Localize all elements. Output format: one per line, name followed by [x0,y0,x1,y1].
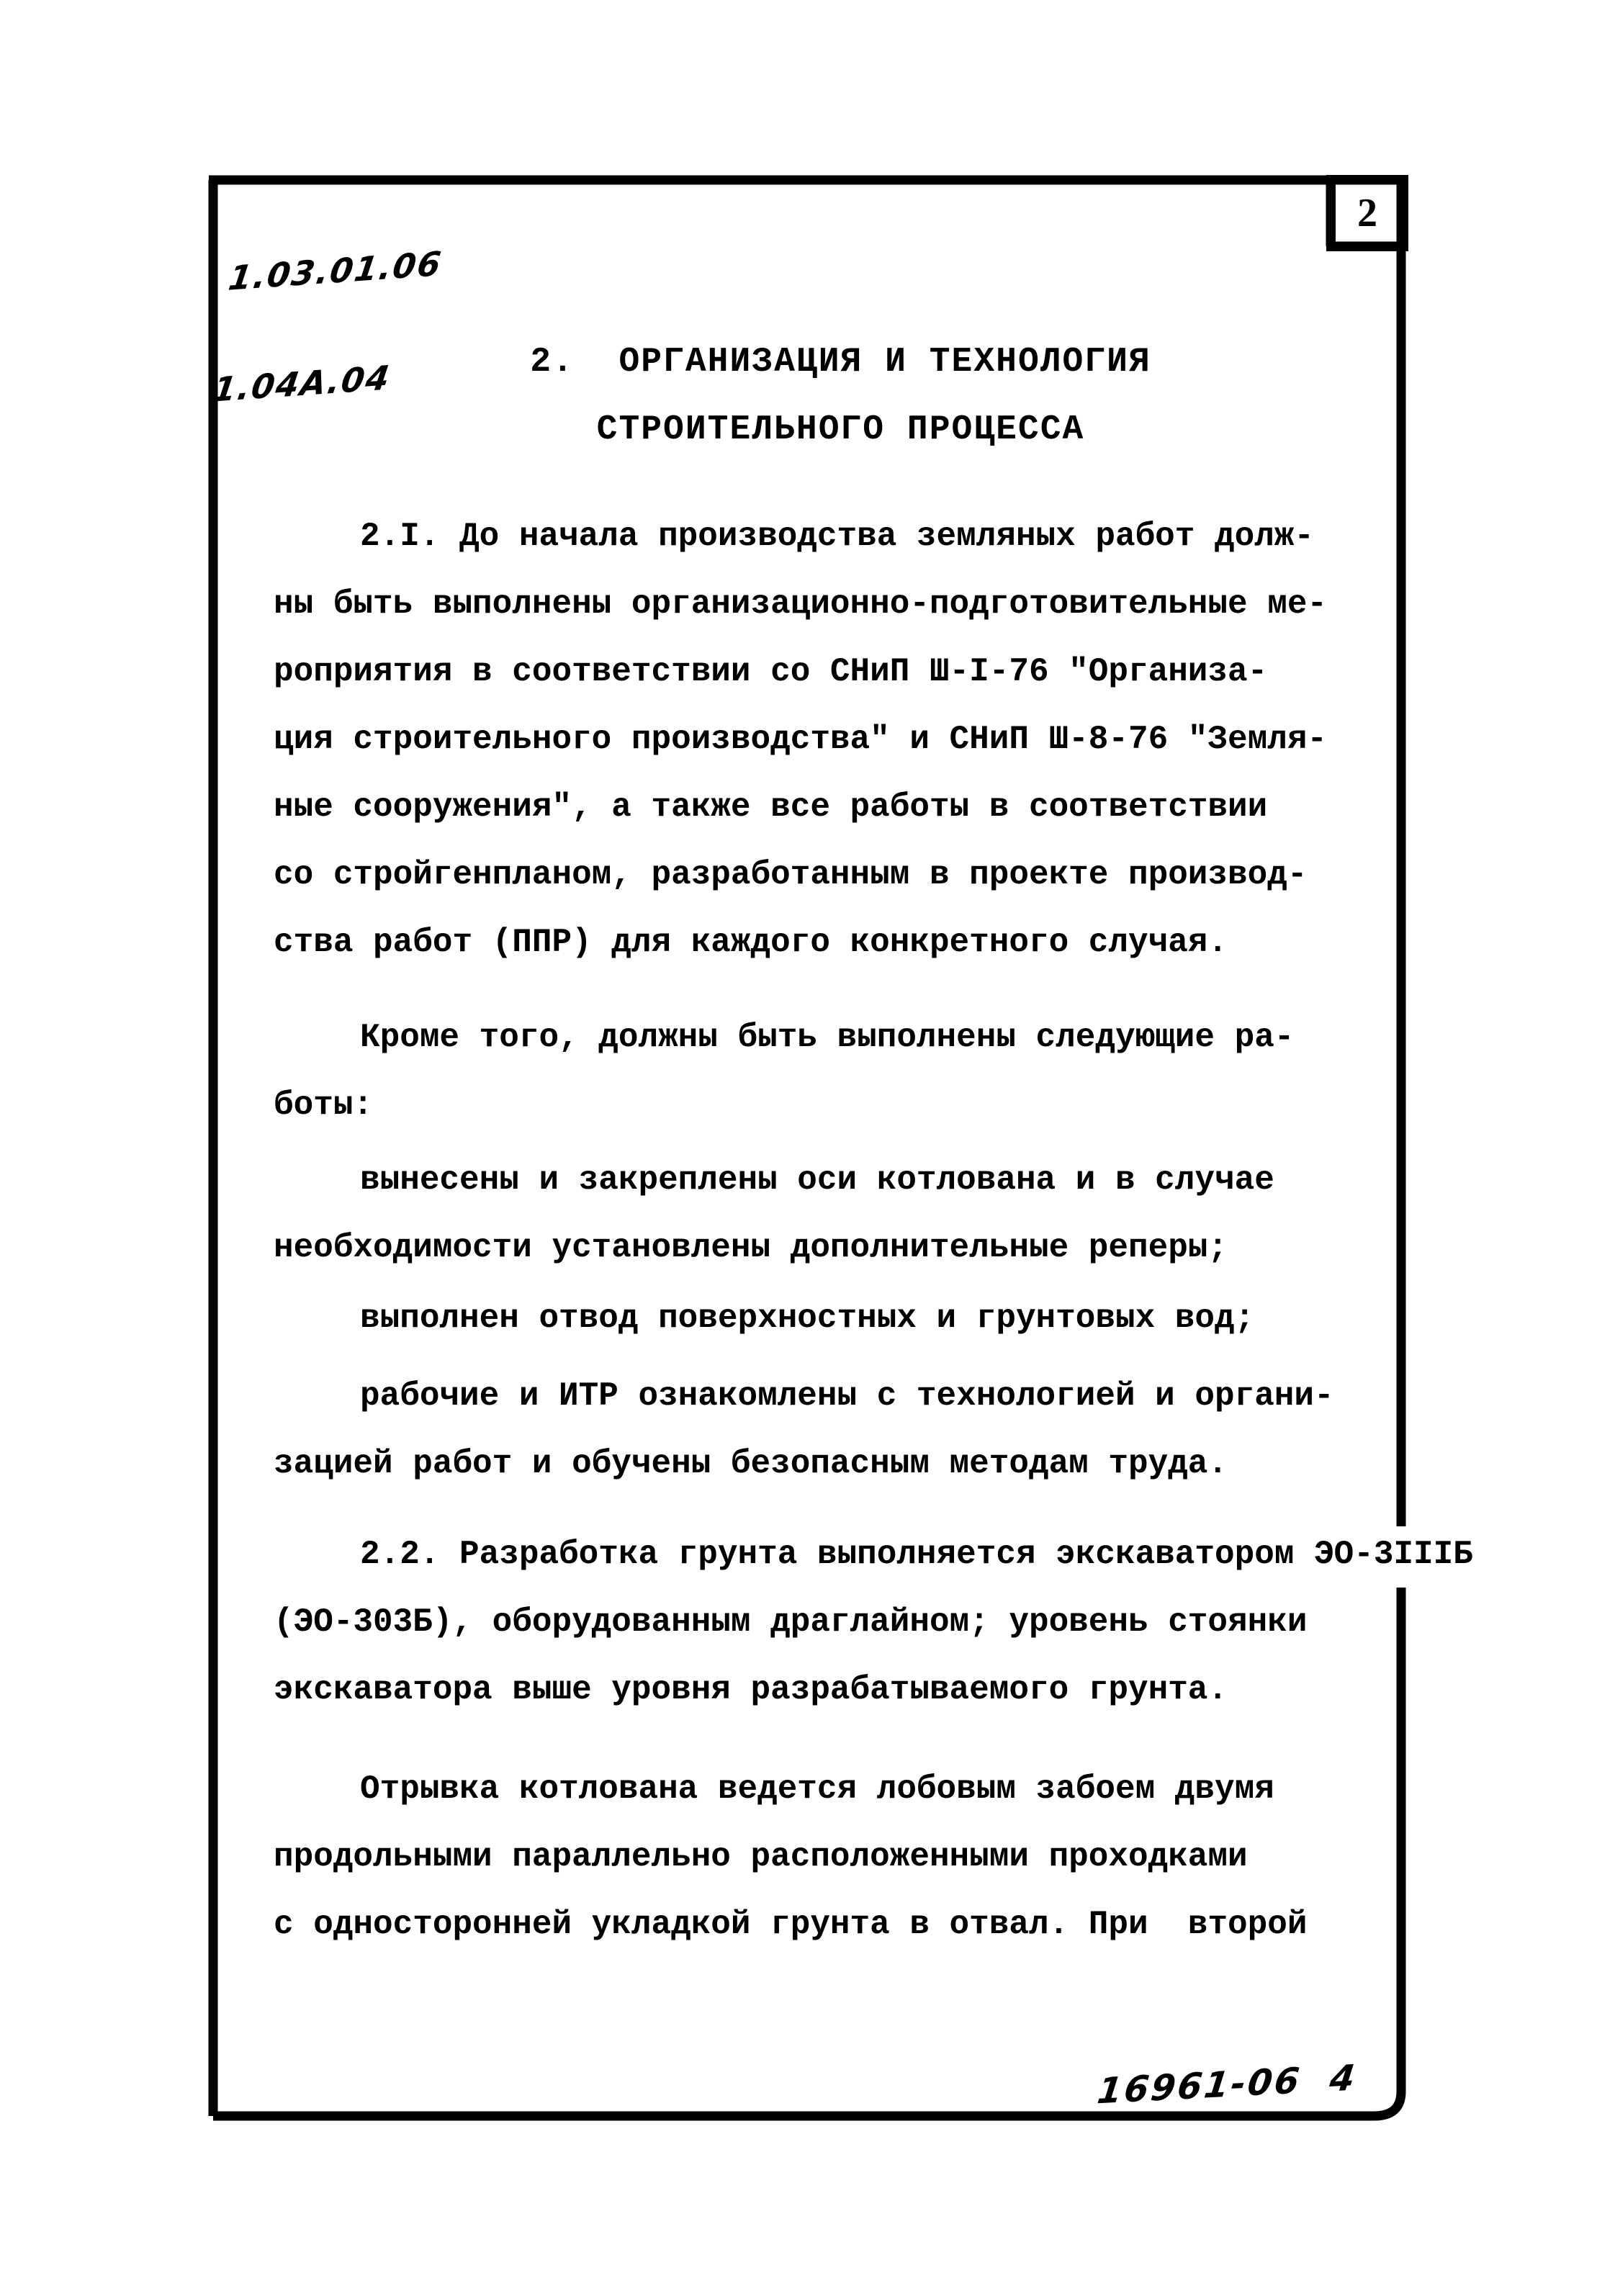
text-line: Отрывка котлована ведется лобовым забоем… [274,1755,1408,1823]
title-line: 2. ОРГАНИЗАЦИЯ И ТЕХНОЛОГИЯ [274,328,1408,396]
text-line: необходимости установлены дополнительные… [274,1214,1408,1282]
text-line: со стройгенпланом, разработанным в проек… [274,841,1408,909]
document-body: 2. ОРГАНИЗАЦИЯ И ТЕХНОЛОГИЯ СТРОИТЕЛЬНОГ… [274,328,1408,1958]
text-line: 2.I. До начала производства земляных раб… [274,503,1408,570]
text-line: рабочие и ИТР ознакомлены с технологией … [274,1362,1408,1430]
paragraph: Отрывка котлована ведется лобовым забоем… [274,1755,1408,1958]
text-line: ные сооружения", а также все работы в со… [274,773,1408,841]
text-line: вынесены и закреплены оси котлована и в … [274,1146,1408,1214]
text-line: экскаватора выше уровня разрабатываемого… [274,1656,1408,1724]
text-line: Кроме того, должны быть выполнены следую… [274,1004,1408,1071]
paragraph: выполнен отвод поверхностных и грунтовых… [274,1284,1408,1352]
text-line: продольными параллельно расположенными п… [274,1823,1408,1891]
paragraph: рабочие и ИТР ознакомлены с технологией … [274,1362,1408,1498]
page-number-box: 2 [1326,175,1408,251]
paragraph: Кроме того, должны быть выполнены следую… [274,1004,1408,1139]
paragraph: 2.2. Разработка грунта выполняется экска… [274,1521,1408,1724]
page-number: 2 [1357,190,1377,236]
text-line: (ЭО-303Б), оборудованным драглайном; уро… [274,1588,1408,1656]
text-line: боты: [274,1071,1408,1139]
text-line: зацией работ и обучены безопасным метода… [274,1430,1408,1498]
text-line: 2.2. Разработка грунта выполняется экска… [274,1521,1408,1588]
title-line: СТРОИТЕЛЬНОГО ПРОЦЕССА [274,396,1408,464]
paragraph: 2.I. До начала производства земляных раб… [274,503,1408,976]
text-line: ция строительного производства" и СНиП Ш… [274,706,1408,773]
text-line: ны быть выполнены организационно-подгото… [274,570,1408,638]
text-line: роприятия в соответствии со СНиП Ш-I-76 … [274,638,1408,706]
text-line: ства работ (ППР) для каждого конкретного… [274,909,1408,976]
stamp-line: 1.03.01.06 [226,246,444,297]
document-title: 2. ОРГАНИЗАЦИЯ И ТЕХНОЛОГИЯ СТРОИТЕЛЬНОГ… [274,328,1408,464]
text-line: с односторонней укладкой грунта в отвал.… [274,1891,1408,1958]
text-line: выполнен отвод поверхностных и грунтовых… [274,1284,1408,1352]
scanned-document-page: 1.03.01.06 1.04А.04 2 2. ОРГАНИЗАЦИЯ И Т… [0,0,1615,2296]
paragraph: вынесены и закреплены оси котлована и в … [274,1146,1408,1282]
handwritten-footer-code: 16961-06 4 [1095,2057,1359,2112]
